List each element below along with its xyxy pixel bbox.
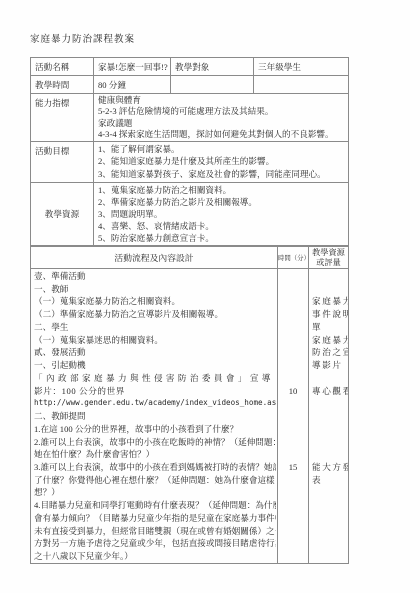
text-line (312, 423, 348, 436)
text-line: 貳、發展活動 (34, 346, 276, 359)
text-line: 會有暴力傾向？（目睹暴力兒童少年指的是兒童在家庭暴力事件中 (34, 512, 276, 525)
text-line: （二）準備家庭暴力防治之宣導影片及相關報導。 (34, 308, 276, 321)
activity-name-label: 活動名稱 (31, 58, 94, 76)
time-header: 時間（分） (278, 247, 309, 269)
ability-index-label: 能力指標 (31, 94, 94, 142)
resource-header-line2: 或評量 (309, 258, 348, 268)
teaching-time-label: 教學時間 (31, 76, 94, 94)
resource-header-line1: 教學資源 (309, 248, 348, 258)
text-line (278, 448, 308, 461)
text-line: 她在怕什麼？為什麼會害怕？） (34, 448, 276, 461)
text-line: 2、準備家庭暴力防治之影片及相關報導。 (98, 196, 346, 208)
empty-cell (171, 76, 254, 94)
video-url-link[interactable]: http://www.gender.edu.tw/academy/index_v… (34, 397, 276, 410)
text-line (278, 270, 308, 283)
info-table: 活動名稱 家暴!怎麼一回事!? 教學對象 三年級學生 教學時間 80 分鐘 能力… (30, 57, 349, 246)
text-line: 1、蒐集家庭暴力防治之相關資料。 (98, 184, 346, 196)
text-line: 了什麼？你覺得他心裡在想什麼？（延伸問題：她為什麼會這樣 (34, 474, 276, 487)
text-line (278, 359, 308, 372)
text-line (278, 295, 308, 308)
text-line: 「內政部家庭暴力與性侵害防治委員會」宣導 (34, 372, 276, 385)
text-line (278, 346, 308, 359)
text-line: 3、問題說明單。 (98, 208, 346, 220)
text-line: 專心觀看 (312, 385, 348, 398)
text-line (312, 550, 348, 563)
text-line: 15 (278, 461, 308, 474)
text-line (278, 499, 308, 512)
text-line: 5-2-3 評估危險情境的可能處理方法及其結果。 (98, 106, 346, 117)
text-line: 10 (278, 385, 308, 398)
text-line: 想？） (34, 486, 276, 499)
text-line: 單 (312, 321, 348, 334)
text-line: 3.誰可以上台表演，故事中的小孩在看到媽媽被打時的表情？她說 (34, 461, 276, 474)
resource-column-cell: 家庭暴力事件說明單家庭暴力防治之宣導影片專心觀看能大方發表 (309, 269, 349, 564)
teaching-resources-label: 教學資源 (31, 182, 94, 245)
text-line: 二、學生 (34, 321, 276, 334)
text-line: 家庭暴力 (312, 334, 348, 347)
text-line: 健康與體育 (98, 95, 346, 106)
text-line (312, 270, 348, 283)
text-line (312, 537, 348, 550)
ability-index-content: 健康與體育5-2-3 評估危險情境的可能處理方法及其結果。家政議題4-3-4 探… (94, 94, 349, 142)
text-line (278, 397, 308, 410)
text-line: 4.目睹暴力兒童和同學打電動時有什麼表現？（延伸問題：為什麼 (34, 499, 276, 512)
text-line: 2.誰可以上台表演，故事中的小孩在吃飯時的神情？（延伸問題： (34, 436, 276, 449)
text-line (312, 486, 348, 499)
text-line (312, 283, 348, 296)
text-line: 未有直接受到暴力，但經常目睹雙親（現在或曾有婚姻關係）之一 (34, 525, 276, 538)
text-line (312, 397, 348, 410)
document-title: 家庭暴力防治課程教案 (30, 31, 135, 45)
text-line: （一）蒐集家庭暴力防治之相關資料。 (34, 295, 276, 308)
flow-header-title: 活動流程及內容設計 (31, 247, 278, 269)
flow-table: 活動流程及內容設計 時間（分） 教學資源 或評量 壹、準備活動一、教師（一）蒐集… (30, 246, 349, 564)
flow-content-cell: 壹、準備活動一、教師（一）蒐集家庭暴力防治之相關資料。（二）準備家庭暴力防治之宣… (31, 269, 278, 564)
text-line (278, 512, 308, 525)
text-line: 一、引起動機 (34, 359, 276, 372)
text-line (312, 512, 348, 525)
text-line: 4-3-4 探索家庭生活問題，探討如何避免其對個人的不良影響。 (98, 129, 346, 140)
text-line: 之十八歲以下兒童少年。） (34, 550, 276, 563)
text-line (312, 372, 348, 385)
text-line (278, 410, 308, 423)
text-line: 方對另一方施予虐待之兒童或少年，包括直接或間接目睹虐待行為 (34, 537, 276, 550)
text-line: 1.在這 100 公分的世界裡，故事中的小孩看到了什麼？ (34, 423, 276, 436)
text-line (278, 334, 308, 347)
text-line (278, 486, 308, 499)
text-line (278, 537, 308, 550)
time-column-cell: 1015 (278, 269, 309, 564)
text-line (278, 436, 308, 449)
teaching-resources-content: 1、蒐集家庭暴力防治之相關資料。2、準備家庭暴力防治之影片及相關報導。3、問題說… (94, 182, 349, 245)
text-line: 壹、準備活動 (34, 270, 276, 283)
text-line (278, 308, 308, 321)
text-line (278, 525, 308, 538)
resource-header: 教學資源 或評量 (309, 247, 349, 269)
activity-goals-content: 1、能了解何謂家暴。2、能知道家庭暴力是什麼及其所產生的影響。3、能知道家暴對孩… (94, 141, 349, 182)
text-line (278, 321, 308, 334)
text-line: 家庭暴力 (312, 295, 348, 308)
text-line (312, 410, 348, 423)
teaching-target-label: 教學對象 (171, 58, 254, 76)
activity-goals-label: 活動目標 (31, 141, 94, 182)
text-line (278, 372, 308, 385)
teaching-target-value: 三年級學生 (254, 58, 349, 76)
text-line: 家政議題 (98, 118, 346, 129)
text-line: 3、能知道家暴對孩子、家庭及社會的影響，同能產同理心。 (98, 168, 346, 181)
text-line (312, 436, 348, 449)
text-line: 1、能了解何謂家暴。 (98, 143, 346, 156)
text-line (278, 550, 308, 563)
text-line (312, 448, 348, 461)
text-line (278, 474, 308, 487)
text-line: 2、能知道家庭暴力是什麼及其所產生的影響。 (98, 155, 346, 168)
text-line: 表 (312, 474, 348, 487)
text-line: 導影片 (312, 359, 348, 372)
text-line: 能大方發 (312, 461, 348, 474)
text-line (278, 423, 308, 436)
text-line (312, 525, 348, 538)
activity-name-value: 家暴!怎麼一回事!? (94, 58, 171, 76)
empty-cell (254, 76, 349, 94)
text-line: 一、教師 (34, 283, 276, 296)
text-line: 影片：100 公分的世界 (34, 385, 276, 398)
teaching-time-value: 80 分鐘 (94, 76, 171, 94)
text-line: 事件說明 (312, 308, 348, 321)
text-line: 防治之宣 (312, 346, 348, 359)
document-page: 家庭暴力防治課程教案 活動名稱 家暴!怎麼一回事!? 教學對象 三年級學生 教學… (0, 0, 420, 593)
text-line: 二、教師提問 (34, 410, 276, 423)
text-line (312, 499, 348, 512)
text-line: 5、防治家庭暴力創意宣言卡。 (98, 232, 346, 244)
text-line (278, 283, 308, 296)
text-line: （一）蒐集家暴迷思的相關資料。 (34, 334, 276, 347)
text-line: 4、喜樂、怒、哀情緒成語卡。 (98, 220, 346, 232)
